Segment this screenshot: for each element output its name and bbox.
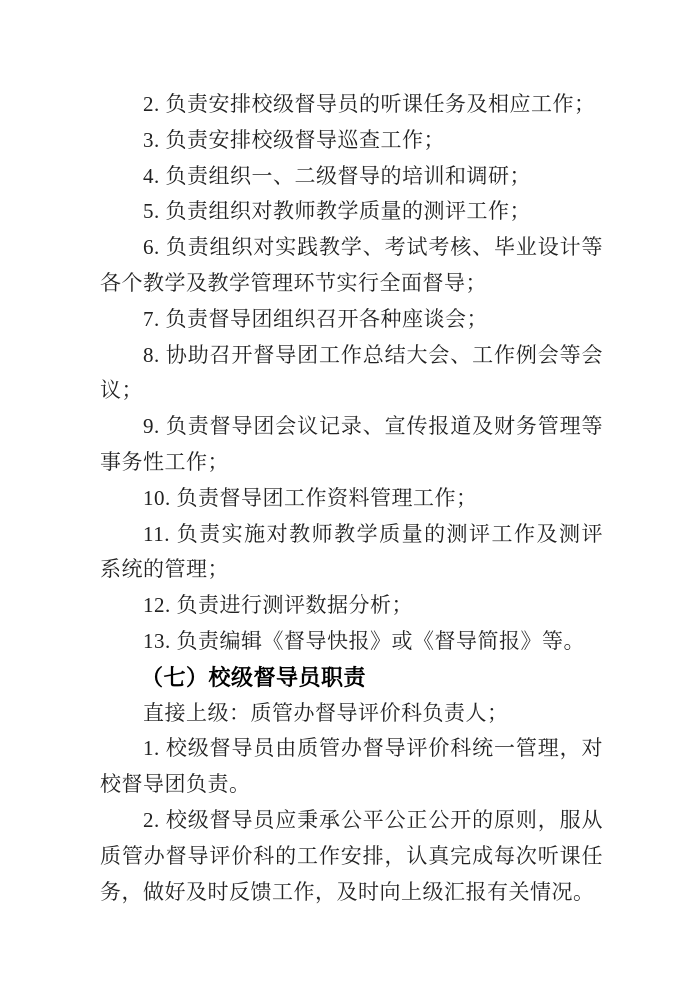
- list-item: 12. 负责进行测评数据分析；: [100, 588, 603, 624]
- list-item: 3. 负责安排校级督导巡查工作；: [100, 123, 603, 159]
- list-item: 10. 负责督导团工作资料管理工作；: [100, 481, 603, 517]
- list-item: 8. 协助召开督导团工作总结大会、工作例会等会议；: [100, 338, 603, 410]
- list-item: 5. 负责组织对教师教学质量的测评工作；: [100, 194, 603, 230]
- list-item: 4. 负责组织一、二级督导的培训和调研；: [100, 159, 603, 195]
- document-page: 2. 负责安排校级督导员的听课任务及相应工作； 3. 负责安排校级督导巡查工作；…: [0, 0, 700, 990]
- list-item: 11. 负责实施对教师教学质量的测评工作及测评系统的管理；: [100, 517, 603, 589]
- document-content: 2. 负责安排校级督导员的听课任务及相应工作； 3. 负责安排校级督导巡查工作；…: [100, 87, 603, 910]
- list-item: 2. 校级督导员应秉承公平公正公开的原则，服从质管办督导评价科的工作安排，认真完…: [100, 803, 603, 910]
- list-item: 2. 负责安排校级督导员的听课任务及相应工作；: [100, 87, 603, 123]
- section-heading: （七）校级督导员职责: [100, 660, 603, 696]
- list-item: 13. 负责编辑《督导快报》或《督导简报》等。: [100, 624, 603, 660]
- list-item: 9. 负责督导团会议记录、宣传报道及财务管理等事务性工作；: [100, 409, 603, 481]
- paragraph: 直接上级：质管办督导评价科负责人；: [100, 696, 603, 732]
- list-item: 1. 校级督导员由质管办督导评价科统一管理，对校督导团负责。: [100, 731, 603, 803]
- list-item: 7. 负责督导团组织召开各种座谈会；: [100, 302, 603, 338]
- list-item: 6. 负责组织对实践教学、考试考核、毕业设计等各个教学及教学管理环节实行全面督导…: [100, 230, 603, 302]
